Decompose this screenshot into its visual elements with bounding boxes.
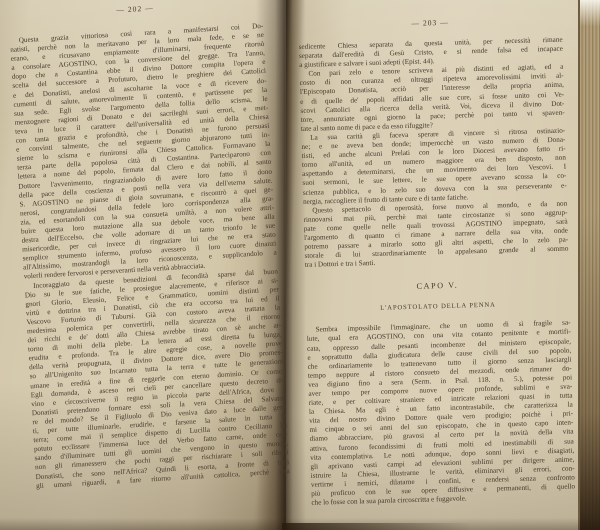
bottom-vignette	[0, 518, 600, 530]
open-book-photo: — 202 — Questa grazia vittoriosa così ra…	[0, 0, 600, 530]
chapter-heading: CAPO V.	[305, 278, 569, 295]
left-page-text: — 202 — Questa grazia vittoriosa così ra…	[8, 0, 290, 491]
page-edges-fore-edge	[578, 0, 600, 530]
chapter-subheading: L'APOSTOLATO DELLA PENNA	[306, 299, 570, 315]
right-page-text: — 203 — sedicente Chiesa separata da que…	[298, 15, 575, 508]
